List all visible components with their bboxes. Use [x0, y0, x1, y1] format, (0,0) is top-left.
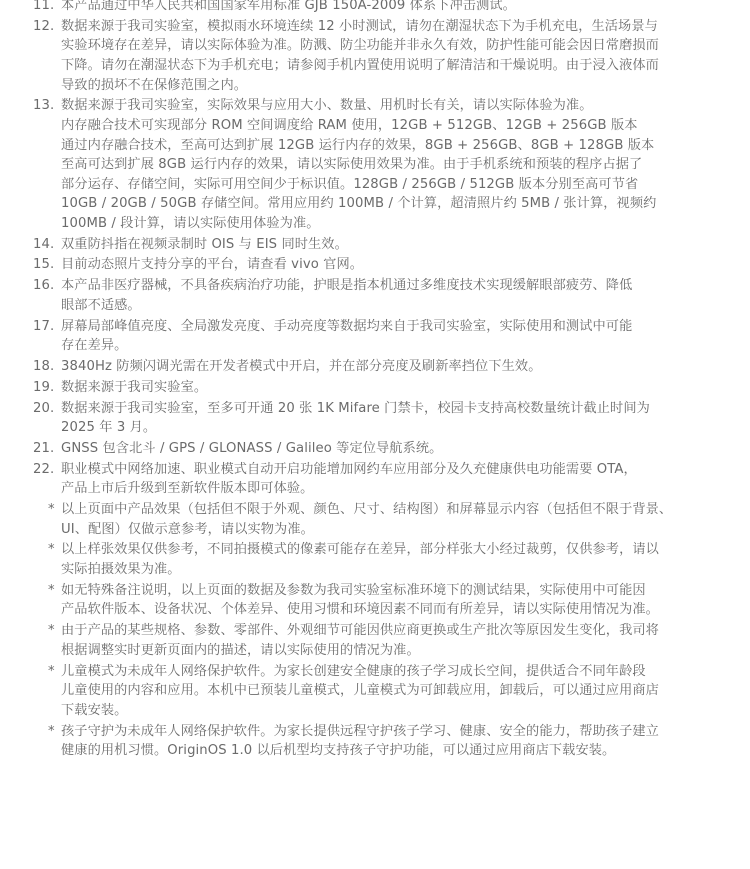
footnote-text-line: 实验环境存在差异，请以实际体验为准。防溅、防尘功能并非永久有效，防护性能可能会因…	[61, 36, 730, 56]
footnote-text-line: UI、配图）仅做示意参考，请以实物为准。	[61, 520, 730, 540]
footnote-marker: 12.	[33, 17, 54, 37]
footnote-text-line: 数据来源于我司实验室，实际效果与应用大小、数量、用机时长有关，请以实际体验为准。	[61, 96, 730, 116]
footnote-marker: 16.	[33, 276, 54, 296]
footnote-text-line: 儿童模式为未成年人网络保护软件。为家长创建安全健康的孩子学习成长空间，提供适合不…	[61, 662, 730, 682]
footnote-marker: *	[48, 540, 55, 560]
footnote-text-line: 产品上市后升级到至新软件版本即可体验。	[61, 479, 730, 499]
footnote-text-line: 10GB / 20GB / 50GB 存储空间。常用应用约 100MB / 个计…	[61, 194, 730, 214]
footnote-text-line: 100MB / 段计算，请以实际使用体验为准。	[61, 214, 730, 234]
footnotes-list: 11.本产品通过中华人民共和国国家军用标准 GJB 150A-2009 体系下冲…	[0, 0, 750, 762]
footnote-marker: *	[48, 581, 55, 601]
footnote-marker: 11.	[33, 0, 54, 16]
footnote-text-line: 内存融合技术可实现部分 ROM 空间调度给 RAM 使用，12GB + 512G…	[61, 116, 730, 136]
disclaimer-note: *以上样张效果仅供参考，不同拍摄模式的像素可能存在差异，部分样张大小经过裁剪，仅…	[0, 540, 750, 579]
footnote-item: 13.数据来源于我司实验室，实际效果与应用大小、数量、用机时长有关，请以实际体验…	[0, 96, 750, 233]
footnote-text-line: 存在差异。	[61, 336, 730, 356]
footnote-text-line: 孩子守护为未成年人网络保护软件。为家长提供远程守护孩子学习、健康、安全的能力，帮…	[61, 722, 730, 742]
footnote-text-line: 以上页面中产品效果（包括但不限于外观、颜色、尺寸、结构图）和屏幕显示内容（包括但…	[61, 500, 730, 520]
footnote-item: 15.目前动态照片支持分享的平台，请查看 vivo 官网。	[0, 255, 750, 275]
footnote-text-line: 部分运存、存储空间，实际可用空间少于标识值。128GB / 256GB / 51…	[61, 175, 730, 195]
footnote-text-line: 以上样张效果仅供参考，不同拍摄模式的像素可能存在差异，部分样张大小经过裁剪，仅供…	[61, 540, 730, 560]
footnote-marker: *	[48, 500, 55, 520]
footnote-item: 16.本产品非医疗器械，不具备疾病治疗功能，护眼是指本机通过多维度技术实现缓解眼…	[0, 276, 750, 315]
footnote-text-line: 眼部不适感。	[61, 296, 730, 316]
footnote-text-line: 实际拍摄效果为准。	[61, 560, 730, 580]
footnote-marker: *	[48, 621, 55, 641]
footnote-marker: 19.	[33, 378, 54, 398]
footnote-marker: 17.	[33, 317, 54, 337]
footnote-text-line: 下载安装。	[61, 701, 730, 721]
footnote-item: 20.数据来源于我司实验室，至多可开通 20 张 1K Mifare 门禁卡，校…	[0, 399, 750, 438]
footnote-text-line: 根据调整实时更新页面内的描述，请以实际使用的情况为准。	[61, 641, 730, 661]
footnote-text-line: 产品软件版本、设备状况、个体差异、使用习惯和环境因素不同而有所差异，请以实际使用…	[61, 600, 730, 620]
disclaimer-note: *以上页面中产品效果（包括但不限于外观、颜色、尺寸、结构图）和屏幕显示内容（包括…	[0, 500, 750, 539]
footnote-text-line: 如无特殊备注说明，以上页面的数据及参数为我司实验室标准环境下的测试结果，实际使用…	[61, 581, 730, 601]
footnote-text-line: 3840Hz 防频闪调光需在开发者模式中开启，并在部分亮度及刷新率挡位下生效。	[61, 357, 730, 377]
footnote-text-line: 屏幕局部峰值亮度、全局激发亮度、手动亮度等数据均来自于我司实验室，实际使用和测试…	[61, 317, 730, 337]
footnote-item: 19.数据来源于我司实验室。	[0, 378, 750, 398]
footnote-text-line: 目前动态照片支持分享的平台，请查看 vivo 官网。	[61, 255, 730, 275]
footnote-item: 12.数据来源于我司实验室，模拟雨水环境连续 12 小时测试，请勿在潮湿状态下为…	[0, 17, 750, 95]
disclaimer-note: *儿童模式为未成年人网络保护软件。为家长创建安全健康的孩子学习成长空间，提供适合…	[0, 662, 750, 721]
footnote-text-line: 数据来源于我司实验室，至多可开通 20 张 1K Mifare 门禁卡，校园卡支…	[61, 399, 730, 419]
footnote-marker: *	[48, 722, 55, 742]
footnote-item: 17.屏幕局部峰值亮度、全局激发亮度、手动亮度等数据均来自于我司实验室，实际使用…	[0, 317, 750, 356]
footnote-item: 21.GNSS 包含北斗 / GPS / GLONASS / Galileo 等…	[0, 439, 750, 459]
footnote-text-line: 由于产品的某些规格、参数、零部件、外观细节可能因供应商更换或生产批次等原因发生变…	[61, 621, 730, 641]
footnote-text-line: 职业模式中网络加速、职业模式自动开启功能增加网约车应用部分及久充健康供电功能需要…	[61, 460, 730, 480]
footnote-marker: 14.	[33, 235, 54, 255]
footnote-text-line: 导致的损坏不在保修范围之内。	[61, 76, 730, 96]
footnote-text-line: 数据来源于我司实验室，模拟雨水环境连续 12 小时测试，请勿在潮湿状态下为手机充…	[61, 17, 730, 37]
footnote-marker: 20.	[33, 399, 54, 419]
disclaimer-note: *孩子守护为未成年人网络保护软件。为家长提供远程守护孩子学习、健康、安全的能力，…	[0, 722, 750, 761]
footnote-marker: 13.	[33, 96, 54, 116]
footnote-text-line: 通过内存融合技术，至高可达到扩展 12GB 运行内存的效果，8GB + 256G…	[61, 136, 730, 156]
footnote-marker: 22.	[33, 460, 54, 480]
disclaimer-note: *如无特殊备注说明，以上页面的数据及参数为我司实验室标准环境下的测试结果，实际使…	[0, 581, 750, 620]
footnote-text-line: 数据来源于我司实验室。	[61, 378, 730, 398]
footnote-text-line: GNSS 包含北斗 / GPS / GLONASS / Galileo 等定位导…	[61, 439, 730, 459]
footnote-item: 18.3840Hz 防频闪调光需在开发者模式中开启，并在部分亮度及刷新率挡位下生…	[0, 357, 750, 377]
footnote-marker: *	[48, 662, 55, 682]
footnote-text-line: 健康的用机习惯。OriginOS 1.0 以后机型均支持孩子守护功能，可以通过应…	[61, 741, 730, 761]
footnote-text-line: 儿童使用的内容和应用。本机中已预装儿童模式，儿童模式为可卸载应用，卸载后，可以通…	[61, 681, 730, 701]
footnote-item: 14.双重防抖指在视频录制时 OIS 与 EIS 同时生效。	[0, 235, 750, 255]
footnote-text-line: 至高可达到扩展 8GB 运行内存的效果，请以实际使用效果为准。由于手机系统和预装…	[61, 155, 730, 175]
footnote-marker: 21.	[33, 439, 54, 459]
disclaimer-note: *由于产品的某些规格、参数、零部件、外观细节可能因供应商更换或生产批次等原因发生…	[0, 621, 750, 660]
footnote-item: 11.本产品通过中华人民共和国国家军用标准 GJB 150A-2009 体系下冲…	[0, 0, 750, 16]
footnote-text-line: 本产品非医疗器械，不具备疾病治疗功能，护眼是指本机通过多维度技术实现缓解眼部疲劳…	[61, 276, 730, 296]
footnote-marker: 15.	[33, 255, 54, 275]
footnote-text-line: 本产品通过中华人民共和国国家军用标准 GJB 150A-2009 体系下冲击测试…	[61, 0, 730, 16]
footnote-item: 22.职业模式中网络加速、职业模式自动开启功能增加网约车应用部分及久充健康供电功…	[0, 460, 750, 499]
footnote-text-line: 双重防抖指在视频录制时 OIS 与 EIS 同时生效。	[61, 235, 730, 255]
footnote-marker: 18.	[33, 357, 54, 377]
footnote-text-line: 2025 年 3 月。	[61, 418, 730, 438]
footnote-text-line: 下降。请勿在潮湿状态下为手机充电；请参阅手机内置使用说明了解清洁和干燥说明。由于…	[61, 56, 730, 76]
